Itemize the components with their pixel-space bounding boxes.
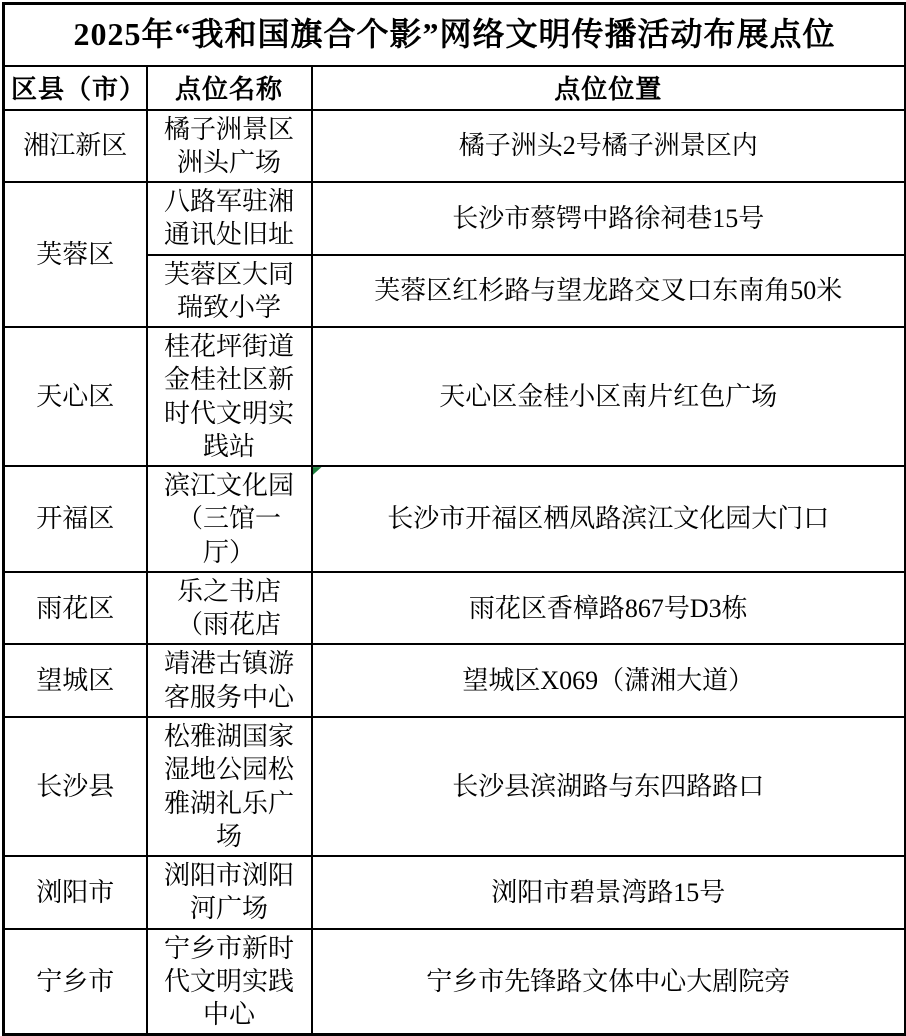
district-cell: 湘江新区 bbox=[4, 110, 147, 183]
deployment-points-table: 2025年“我和国旗合个影”网络文明传播活动布展点位 区县（市） 点位名称 点位… bbox=[2, 2, 906, 1036]
district-cell: 雨花区 bbox=[4, 572, 147, 645]
location-cell: 橘子洲头2号橘子洲景区内 bbox=[312, 110, 906, 183]
table-row: 望城区 靖港古镇游 客服务中心 望城区X069（潇湘大道） bbox=[4, 644, 906, 717]
header-district: 区县（市） bbox=[4, 66, 147, 110]
table-row: 浏阳市 浏阳市浏阳 河广场 浏阳市碧景湾路15号 bbox=[4, 856, 906, 929]
site-name-cell: 桂花坪街道 金桂社区新 时代文明实 践站 bbox=[147, 327, 312, 466]
location-cell: 雨花区香樟路867号D3栋 bbox=[312, 572, 906, 645]
site-name-cell: 滨江文化园 （三馆一 厅） bbox=[147, 466, 312, 572]
site-name-cell: 浏阳市浏阳 河广场 bbox=[147, 856, 312, 929]
table-row: 雨花区 乐之书店 （雨花店 雨花区香樟路867号D3栋 bbox=[4, 572, 906, 645]
site-name-cell: 乐之书店 （雨花店 bbox=[147, 572, 312, 645]
table-row: 开福区 滨江文化园 （三馆一 厅） 长沙市开福区栖凤路滨江文化园大门口 bbox=[4, 466, 906, 572]
location-cell: 宁乡市先锋路文体中心大剧院旁 bbox=[312, 929, 906, 1035]
location-cell: 浏阳市碧景湾路15号 bbox=[312, 856, 906, 929]
location-cell: 长沙县滨湖路与东四路路口 bbox=[312, 717, 906, 856]
district-cell: 开福区 bbox=[4, 466, 147, 572]
site-name-cell: 松雅湖国家 湿地公园松 雅湖礼乐广 场 bbox=[147, 717, 312, 856]
location-cell: 望城区X069（潇湘大道） bbox=[312, 644, 906, 717]
location-cell: 长沙市开福区栖凤路滨江文化园大门口 bbox=[312, 466, 906, 572]
table-row: 天心区 桂花坪街道 金桂社区新 时代文明实 践站 天心区金桂小区南片红色广场 bbox=[4, 327, 906, 466]
site-name-cell: 靖港古镇游 客服务中心 bbox=[147, 644, 312, 717]
header-site-name: 点位名称 bbox=[147, 66, 312, 110]
district-cell: 浏阳市 bbox=[4, 856, 147, 929]
location-cell: 长沙市蔡锷中路徐祠巷15号 bbox=[312, 182, 906, 255]
district-cell: 芙蓉区 bbox=[4, 182, 147, 327]
header-location: 点位位置 bbox=[312, 66, 906, 110]
district-cell: 长沙县 bbox=[4, 717, 147, 856]
site-name-cell: 橘子洲景区 洲头广场 bbox=[147, 110, 312, 183]
location-cell: 芙蓉区红杉路与望龙路交叉口东南角50米 bbox=[312, 255, 906, 328]
site-name-cell: 宁乡市新时 代文明实践 中心 bbox=[147, 929, 312, 1035]
location-text: 长沙市开福区栖凤路滨江文化园大门口 bbox=[387, 504, 829, 533]
site-name-cell: 芙蓉区大同 瑞致小学 bbox=[147, 255, 312, 328]
table-title: 2025年“我和国旗合个影”网络文明传播活动布展点位 bbox=[4, 4, 906, 66]
district-cell: 望城区 bbox=[4, 644, 147, 717]
table-row: 宁乡市 宁乡市新时 代文明实践 中心 宁乡市先锋路文体中心大剧院旁 bbox=[4, 929, 906, 1035]
district-cell: 宁乡市 bbox=[4, 929, 147, 1035]
table-row: 长沙县 松雅湖国家 湿地公园松 雅湖礼乐广 场 长沙县滨湖路与东四路路口 bbox=[4, 717, 906, 856]
table-row: 湘江新区 橘子洲景区 洲头广场 橘子洲头2号橘子洲景区内 bbox=[4, 110, 906, 183]
cell-error-indicator-icon bbox=[313, 467, 322, 475]
table-row: 芙蓉区 八路军驻湘 通讯处旧址 长沙市蔡锷中路徐祠巷15号 bbox=[4, 182, 906, 255]
site-name-cell: 八路军驻湘 通讯处旧址 bbox=[147, 182, 312, 255]
district-cell: 天心区 bbox=[4, 327, 147, 466]
location-cell: 天心区金桂小区南片红色广场 bbox=[312, 327, 906, 466]
